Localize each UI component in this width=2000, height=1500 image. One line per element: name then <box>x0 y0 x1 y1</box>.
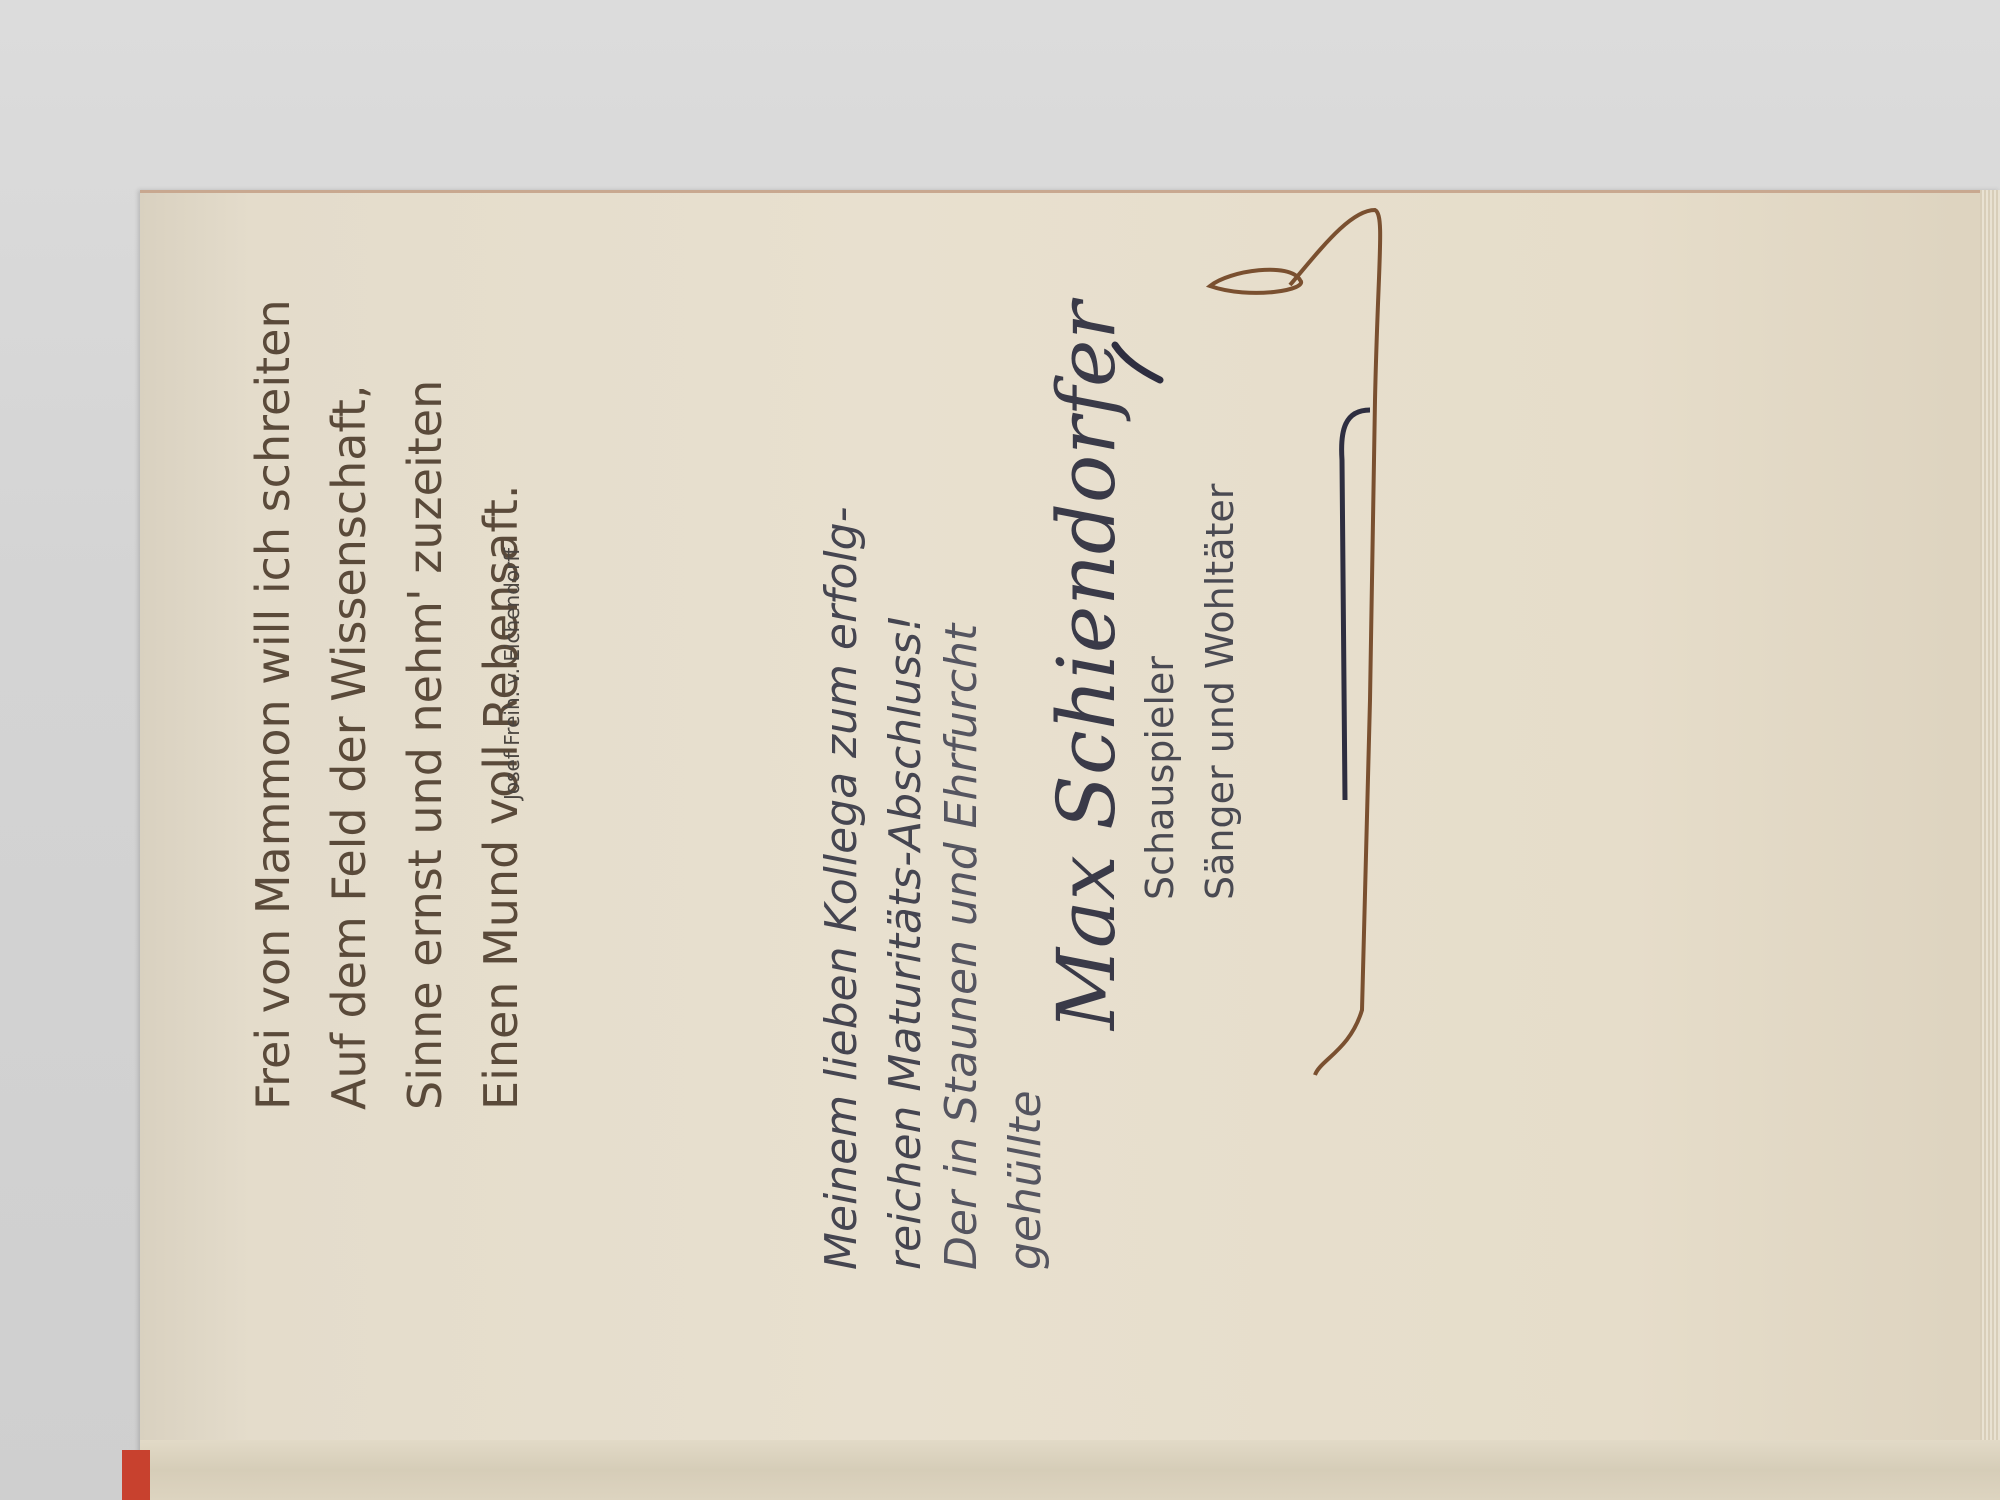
poem-line: Auf dem Feld der Wissenschaft, <box>311 299 387 1110</box>
dedication-line: reichen Maturitäts-Abschluss! <box>874 507 938 1271</box>
dedication-text: Meinem lieben Kollega zum erfolg- reiche… <box>810 507 938 1271</box>
title-line: Schauspieler <box>1130 484 1190 900</box>
book-gutter <box>140 1440 2000 1500</box>
signature: Max Schiendorfer <box>1040 301 1133 1030</box>
poem-line: Frei von Mammon will ich schreiten <box>235 299 311 1110</box>
dedication-closing: Der in Staunen und Ehrfurcht gehüllte <box>930 624 1058 1270</box>
red-spine <box>122 1450 150 1500</box>
page-edges <box>1980 190 2000 1500</box>
poem-attribution: Josef Freih. v. Eichendorff <box>500 548 524 800</box>
closing-line: Der in Staunen und Ehrfurcht <box>930 624 994 1270</box>
poem-line: Sinne ernst und nehm' zuzeiten <box>387 299 463 1110</box>
signer-titles: Schauspieler Sänger und Wohltäter <box>1130 484 1250 900</box>
dedication-line: Meinem lieben Kollega zum erfolg- <box>810 507 874 1271</box>
title-line: Sänger und Wohltäter <box>1190 484 1250 900</box>
eichendorff-poem: Frei von Mammon will ich schreiten Auf d… <box>235 299 539 1110</box>
